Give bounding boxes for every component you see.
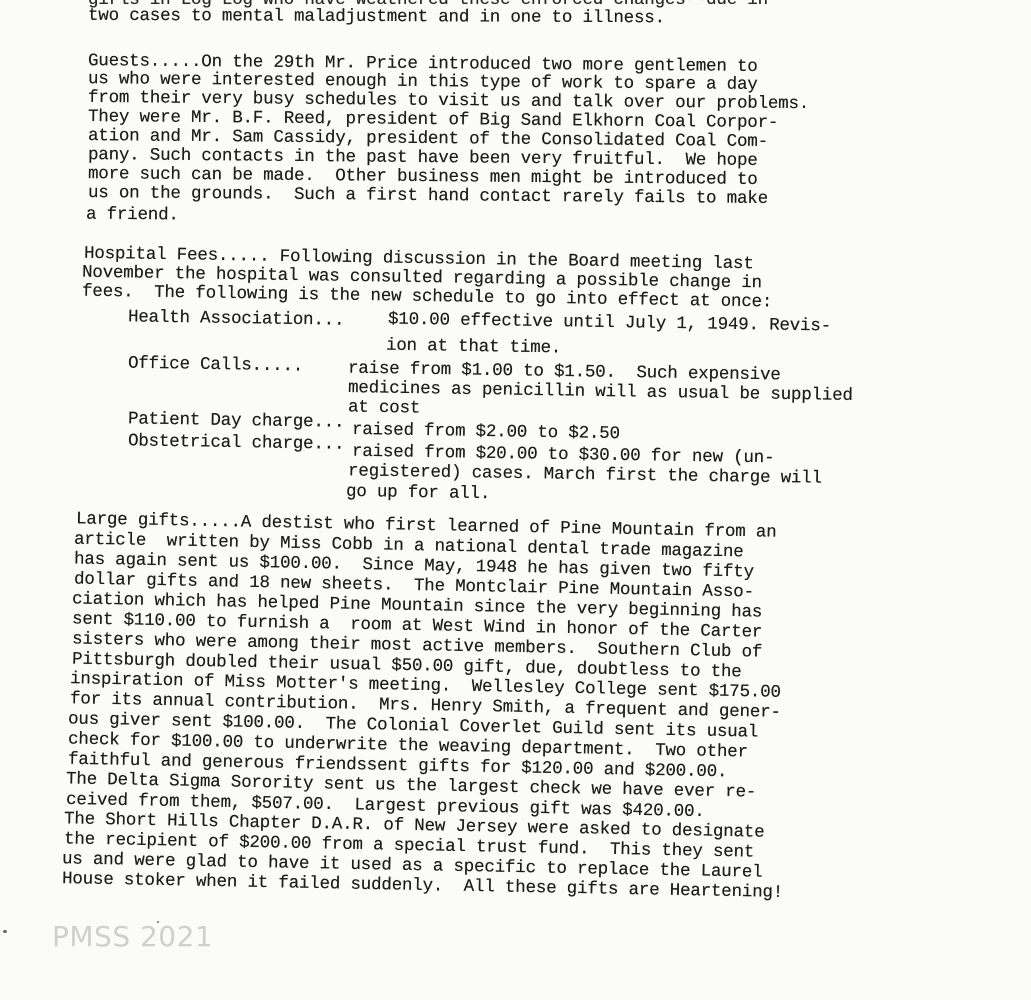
intro-line: two cases to mental maladjustment and in…	[88, 7, 665, 28]
guests-line: us on the grounds. Such a first hand con…	[88, 184, 768, 208]
fee-detail: at cost	[348, 398, 420, 417]
watermark: PMSS 2021	[52, 920, 213, 953]
paper-speck	[3, 930, 7, 933]
fee-detail: go up for all.	[346, 483, 490, 503]
typewritten-page: girls in Log Log who have weathered thes…	[0, 0, 1031, 1000]
fee-label-office-calls: Office Calls.....	[128, 355, 303, 376]
fee-detail: ion at that time.	[386, 337, 561, 358]
fee-label-obstetrical: Obstetrical charge...	[128, 432, 345, 453]
guests-line: a friend.	[86, 206, 179, 225]
fee-detail: $10.00 effective until July 1, 1949. Rev…	[388, 311, 831, 336]
fee-label-patient-day: Patient Day charge...	[128, 410, 345, 431]
fee-label-health-association: Health Association...	[128, 308, 345, 329]
fee-detail: raised from $2.00 to $2.50	[352, 421, 620, 443]
paper-speck	[157, 921, 159, 923]
